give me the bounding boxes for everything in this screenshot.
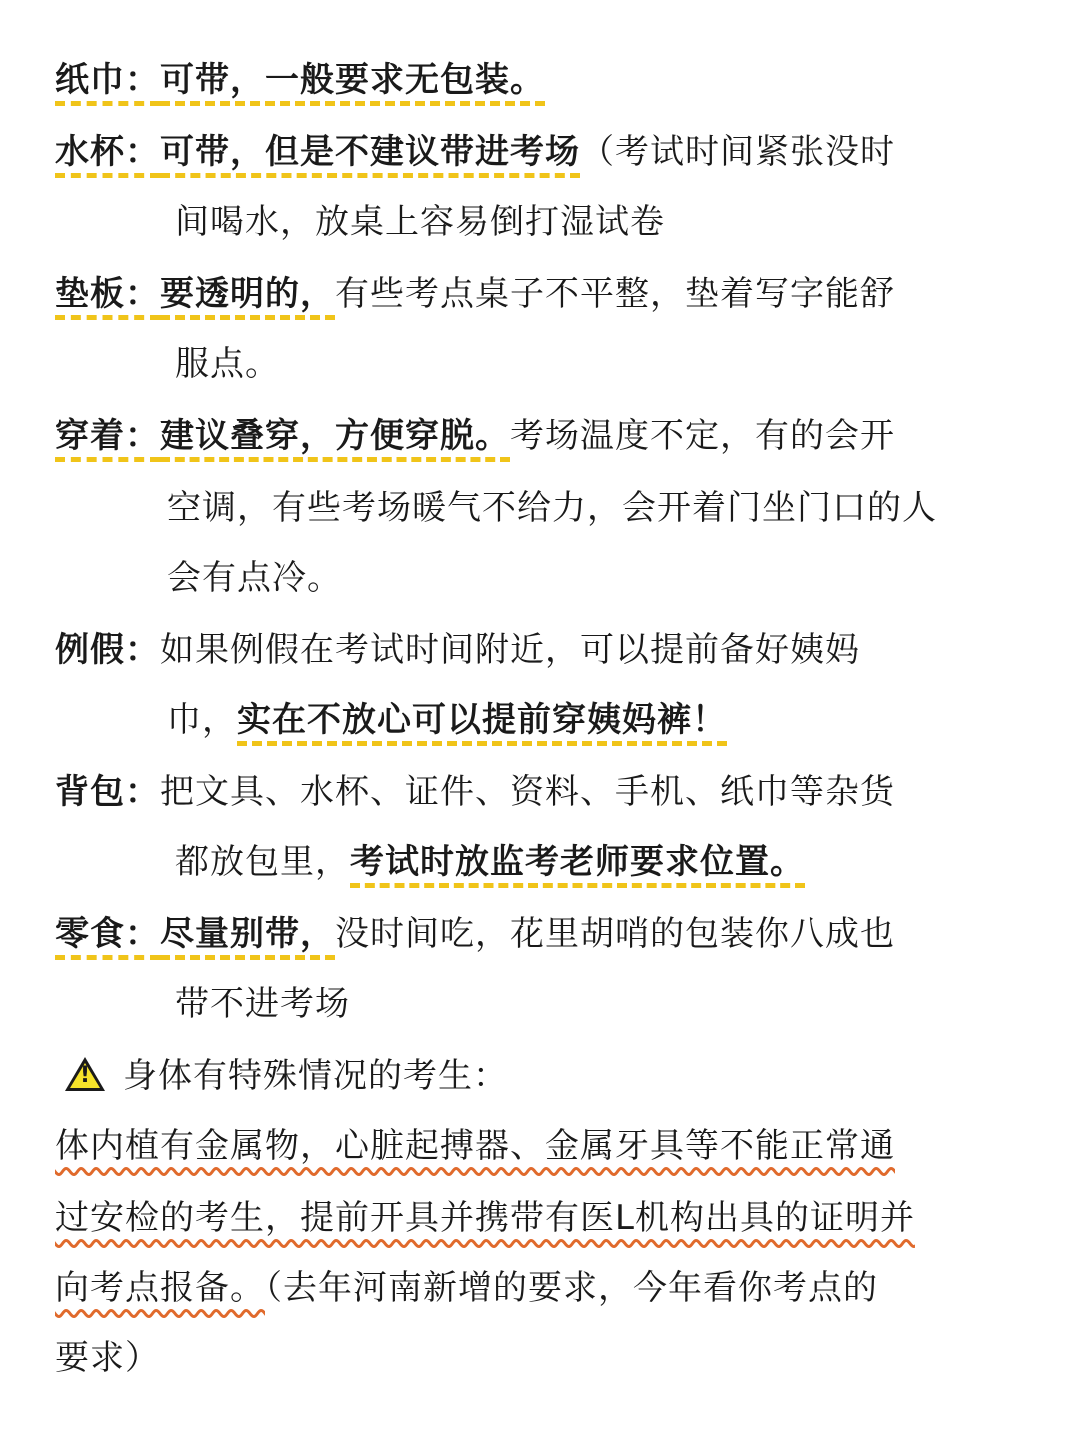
item-text: 都放包里， — [175, 842, 350, 882]
item-label: 水杯： — [55, 132, 160, 172]
warning-note: （去年河南新增的要求，今年看你考点的 — [265, 1268, 878, 1308]
warning-text: 过安检的考生，提前开具并携带有医L机构出具的证明并 — [55, 1198, 915, 1238]
item-board-cont: 服点。 — [175, 342, 280, 386]
item-highlight: 考试时放监考老师要求位置。 — [350, 842, 805, 882]
item-bag-cont: 都放包里，考试时放监考老师要求位置。 — [175, 840, 805, 884]
warning-heading: 身体有特殊情况的考生： — [65, 1054, 508, 1098]
item-highlight: 要透明的， — [160, 274, 335, 314]
item-tissue: 纸巾：可带，一般要求无包装。 — [55, 58, 545, 102]
warning-line: 向考点报备。（去年河南新增的要求，今年看你考点的 — [55, 1266, 878, 1310]
item-text: 有些考点桌子不平整，垫着写字能舒 — [335, 274, 895, 314]
warning-note-cont: 要求） — [55, 1336, 160, 1380]
item-label: 零食： — [55, 914, 160, 954]
item-highlight: 实在不放心可以提前穿姨妈裤！ — [237, 700, 727, 740]
item-snacks-cont: 带不进考场 — [175, 982, 350, 1026]
item-text: 如果例假在考试时间附近，可以提前备好姨妈 — [160, 630, 860, 670]
item-snacks: 零食：尽量别带，没时间吃，花里胡哨的包装你八成也 — [55, 912, 895, 956]
item-clothing-cont: 会有点冷。 — [167, 556, 342, 600]
item-text: （考试时间紧张没时 — [580, 132, 895, 172]
warning-text: 向考点报备。 — [55, 1268, 265, 1308]
item-label: 纸巾： — [55, 60, 160, 100]
item-text: 考场温度不定，有的会开 — [510, 416, 895, 456]
item-period-cont: 巾，实在不放心可以提前穿姨妈裤！ — [167, 698, 727, 742]
warning-text: 体内植有金属物，心脏起搏器、金属牙具等不能正常通 — [55, 1126, 895, 1166]
warning-line: 体内植有金属物，心脏起搏器、金属牙具等不能正常通 — [55, 1124, 895, 1168]
warning-icon — [65, 1057, 105, 1091]
item-label: 垫板： — [55, 274, 160, 314]
item-text: 把文具、水杯、证件、资料、手机、纸巾等杂货 — [160, 772, 895, 812]
item-label: 例假： — [55, 630, 160, 670]
item-text: 巾， — [167, 700, 237, 740]
item-cup: 水杯：可带，但是不建议带进考场（考试时间紧张没时 — [55, 130, 895, 174]
item-clothing: 穿着：建议叠穿，方便穿脱。考场温度不定，有的会开 — [55, 414, 895, 458]
item-text: 没时间吃，花里胡哨的包装你八成也 — [335, 914, 895, 954]
warning-title: 身体有特殊情况的考生： — [123, 1056, 508, 1096]
item-label: 穿着： — [55, 416, 160, 456]
item-highlight: 尽量别带， — [160, 914, 335, 954]
item-bag: 背包：把文具、水杯、证件、资料、手机、纸巾等杂货 — [55, 770, 895, 814]
item-period: 例假：如果例假在考试时间附近，可以提前备好姨妈 — [55, 628, 860, 672]
item-highlight: 可带，但是不建议带进考场 — [160, 132, 580, 172]
item-board: 垫板：要透明的，有些考点桌子不平整，垫着写字能舒 — [55, 272, 895, 316]
item-cup-cont: 间喝水，放桌上容易倒打湿试卷 — [175, 200, 665, 244]
item-label: 背包： — [55, 772, 160, 812]
warning-line: 过安检的考生，提前开具并携带有医L机构出具的证明并 — [55, 1196, 915, 1240]
item-highlight: 可带，一般要求无包装。 — [160, 60, 545, 100]
item-highlight: 建议叠穿，方便穿脱。 — [160, 416, 510, 456]
item-clothing-cont: 空调，有些考场暖气不给力，会开着门坐门口的人 — [167, 486, 937, 530]
